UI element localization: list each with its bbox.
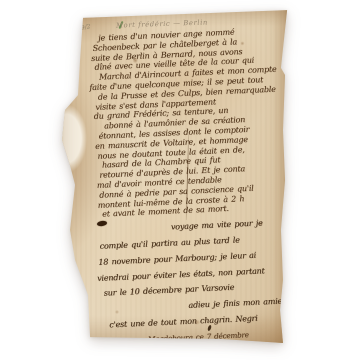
manuscript-photo: 9/2 Mort frédéric — Berlin je tiens d'un…: [0, 0, 360, 360]
handwriting-line: adieu je finis mon amie: [188, 296, 294, 311]
signature-line: c'est une de tout mon chagrin. Negri: [109, 312, 295, 330]
handwriting-line: voyage ma vite pour je: [171, 217, 291, 232]
handwriting-line: viendrai pour éviter les états, non part…: [97, 265, 293, 284]
handwriting-line: 18 novembre pour Marbourg; je leur ai: [98, 249, 292, 268]
paper-sheet-wrap: 9/2 Mort frédéric — Berlin je tiens d'un…: [60, 6, 288, 346]
handwriting-line: comple qu'il partira au plus tard le: [99, 233, 291, 251]
handwriting-line: sur le 10 décembre par Varsovie: [104, 280, 294, 298]
dateline: Magdebourg ce 7 décembre: [148, 328, 296, 345]
paper-sheet: 9/2 Mort frédéric — Berlin je tiens d'un…: [60, 6, 288, 346]
margin-mark: 9/2: [80, 23, 91, 32]
handwriting-block: je tiens d'un nouvier ange nommé Schoenb…: [90, 25, 296, 346]
